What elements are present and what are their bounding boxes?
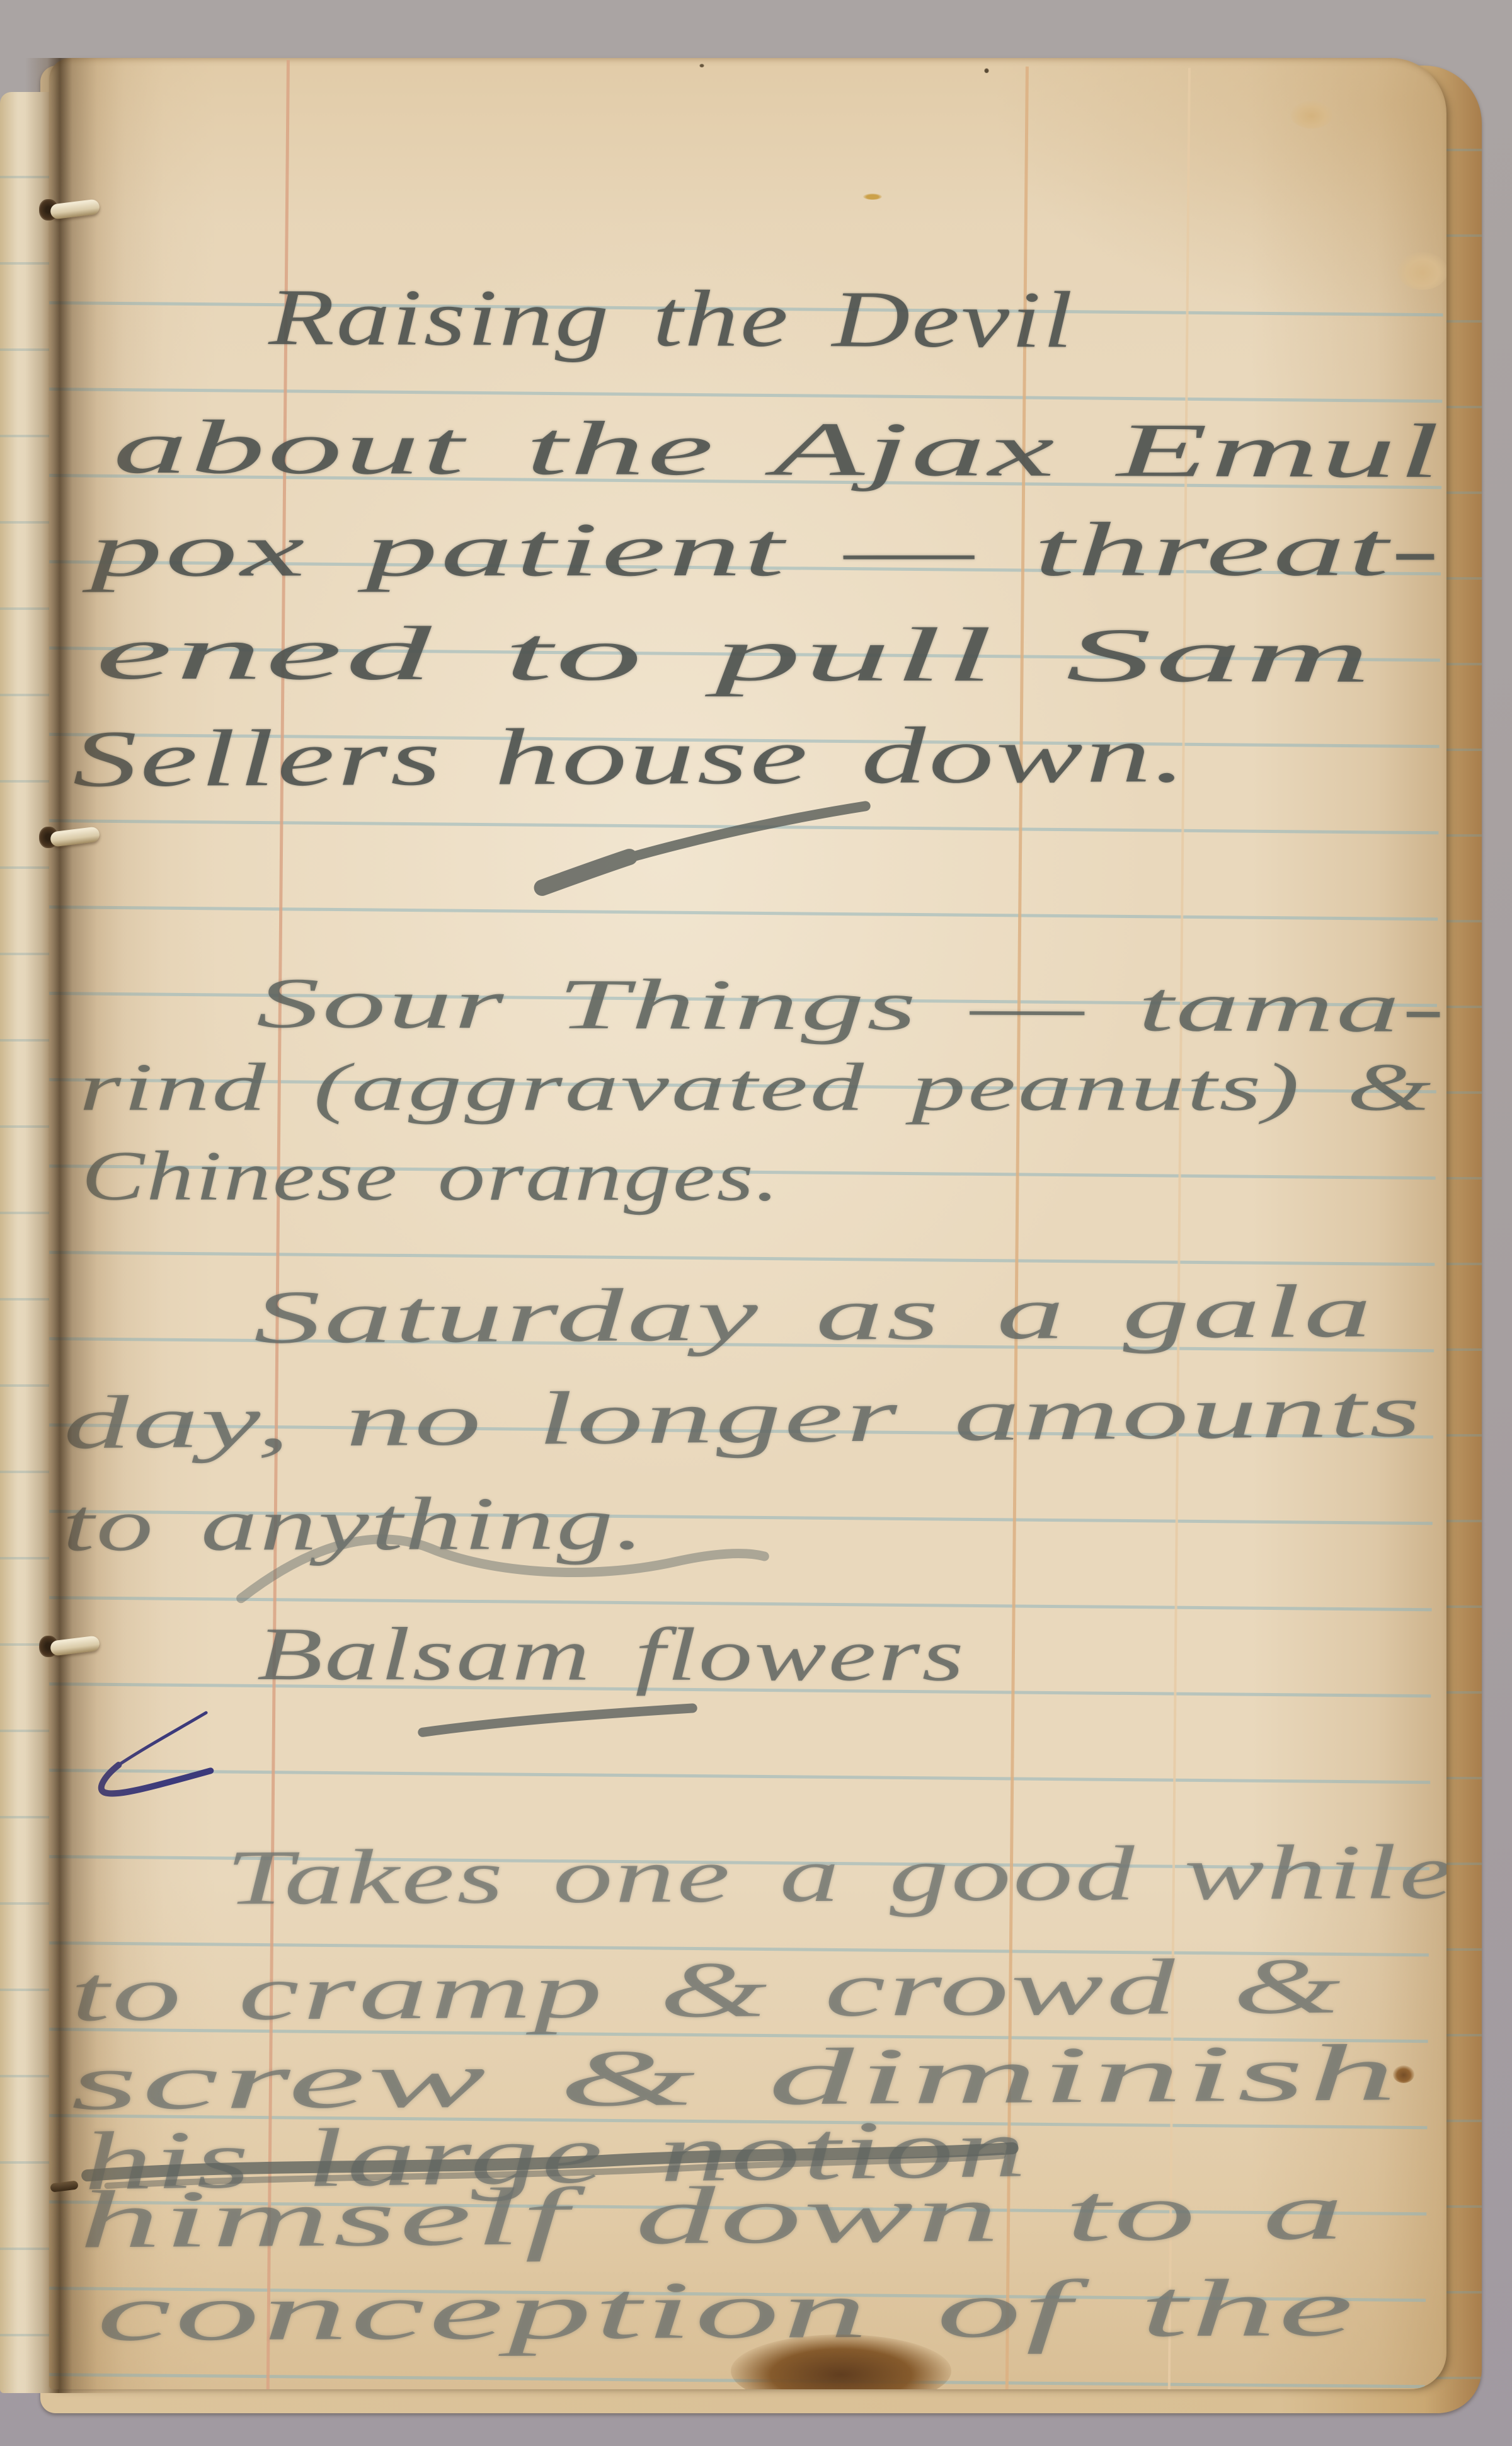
ink-check-mark: [101, 1712, 211, 1794]
pencil-strikethrough: [88, 2140, 1013, 2194]
pencil-underline-flourish: [542, 803, 866, 890]
small-round-stain: [1393, 2065, 1414, 2083]
notebook-page: Raising the Devilabout the Ajax Emulpox …: [49, 58, 1446, 2389]
scanned-notebook-page: Raising the Devilabout the Ajax Emulpox …: [0, 0, 1512, 2446]
yellow-fiber: [863, 193, 882, 200]
faint-age-spot: [1397, 252, 1446, 290]
faint-age-spot: [1290, 101, 1333, 129]
page-content-layer: Raising the Devilabout the Ajax Emulpox …: [49, 58, 1446, 2389]
pencil-and-ink-strokes: [49, 58, 1446, 2389]
speck: [984, 68, 989, 73]
pencil-swoosh: [241, 1538, 765, 1603]
pencil-underline: [423, 1706, 692, 1735]
speck: [699, 64, 704, 67]
